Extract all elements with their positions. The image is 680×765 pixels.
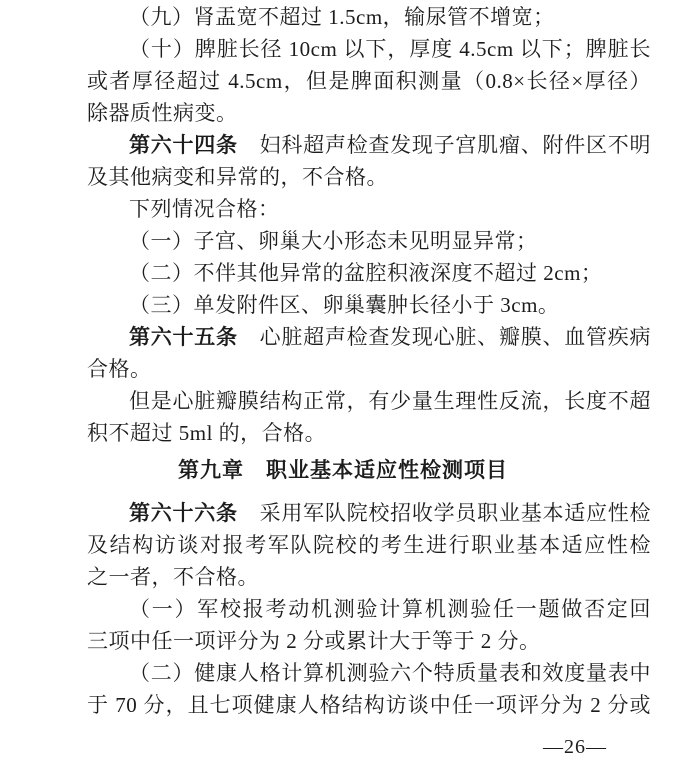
text-line: （十）脾脏长径 10cm 以下，厚度 4.5cm 以下；脾脏长径超过 10cm [87, 33, 651, 65]
line-text: 之一者，不合格。 [87, 565, 259, 589]
line-text: （二）健康人格计算机测验六个特质量表和效度量表中任一项大于等 [87, 661, 651, 689]
text-line: （二）健康人格计算机测验六个特质量表和效度量表中任一项大于等 [87, 657, 651, 689]
line-text: （一）军校报考动机测验计算机测验任一题做否定回答，且结构访谈 [87, 597, 651, 625]
line-text: （一）子宫、卵巢大小形态未见明显异常； [129, 229, 538, 253]
text-line: （一）军校报考动机测验计算机测验任一题做否定回答，且结构访谈 [87, 593, 651, 625]
text-line: 及其他病变和异常的，不合格。 [87, 161, 651, 193]
text-line: （二）不伴其他异常的盆腔积液深度不超过 2cm； [87, 257, 651, 289]
article-number: 第六十六条 [129, 501, 238, 525]
article-number: 第六十四条 [129, 133, 238, 157]
line-text: 于 70 分，且七项健康人格结构访谈中任一项评分为 2 分或累计大于等于 [87, 693, 651, 721]
page-number: —26— [543, 735, 607, 759]
line-text: 三项中任一项评分为 2 分或累计大于等于 2 分。 [87, 629, 541, 653]
text-line: 合格。 [87, 353, 651, 385]
line-text: 及其他病变和异常的，不合格。 [87, 165, 388, 189]
line-text: 及结构访谈对报考军队院校的考生进行职业基本适应性检测。有下列情况 [87, 533, 651, 561]
line-text: 合格。 [87, 357, 152, 381]
text-line: 但是心脏瓣膜结构正常，有少量生理性反流，长度不超过 5 cm，容 [87, 385, 651, 417]
text-line: （九）肾盂宽不超过 1.5cm，输尿管不增宽； [87, 1, 651, 33]
text-line: 之一者，不合格。 [87, 561, 651, 593]
text-line: 第六十六条 采用军队院校招收学员职业基本适应性检测专用软件 [87, 497, 651, 529]
text-line: 三项中任一项评分为 2 分或累计大于等于 2 分。 [87, 625, 651, 657]
line-text: （二）不伴其他异常的盆腔积液深度不超过 2cm； [129, 261, 602, 285]
text-line: 及结构访谈对报考军队院校的考生进行职业基本适应性检测。有下列情况 [87, 529, 651, 561]
document-body: （九）肾盂宽不超过 1.5cm，输尿管不增宽； （十）脾脏长径 10cm 以下，… [87, 1, 651, 721]
line-text: （九）肾盂宽不超过 1.5cm，输尿管不增宽； [129, 5, 555, 29]
text-line: 积不超过 5ml 的，合格。 [87, 417, 651, 449]
text-line: 于 70 分，且七项健康人格结构访谈中任一项评分为 2 分或累计大于等于 [87, 689, 651, 721]
text-line: 或者厚径超过 4.5cm，但是脾面积测量（0.8×长径×厚径）38cm² 以下，… [87, 65, 651, 97]
line-text: 除器质性病变。 [87, 101, 238, 125]
text-line: 第六十四条 妇科超声检查发现子宫肌瘤、附件区不明性质包块、以 [87, 129, 651, 161]
line-text: 或者厚径超过 4.5cm，但是脾面积测量（0.8×长径×厚径）38cm² 以下，… [87, 69, 651, 97]
line-text: 下列情况合格： [129, 197, 280, 221]
text-line: 第六十五条 心脏超声检查发现心脏、瓣膜、血管疾病或者异常，不 [87, 321, 651, 353]
article-number: 第六十五条 [129, 325, 238, 349]
line-text: （三）单发附件区、卵巢囊肿长径小于 3cm。 [129, 293, 559, 317]
chapter-heading: 第九章 职业基本适应性检测项目 [87, 454, 651, 486]
line-text: 但是心脏瓣膜结构正常，有少量生理性反流，长度不超过 5 cm，容 [87, 389, 651, 417]
line-text: 积不超过 5ml 的，合格。 [87, 421, 326, 445]
text-line: （三）单发附件区、卵巢囊肿长径小于 3cm。 [87, 289, 651, 321]
text-line: （一）子宫、卵巢大小形态未见明显异常； [87, 225, 651, 257]
text-line: 下列情况合格： [87, 193, 651, 225]
line-text: （十）脾脏长径 10cm 以下，厚度 4.5cm 以下；脾脏长径超过 10cm [87, 37, 651, 65]
text-line: 除器质性病变。 [87, 97, 651, 129]
